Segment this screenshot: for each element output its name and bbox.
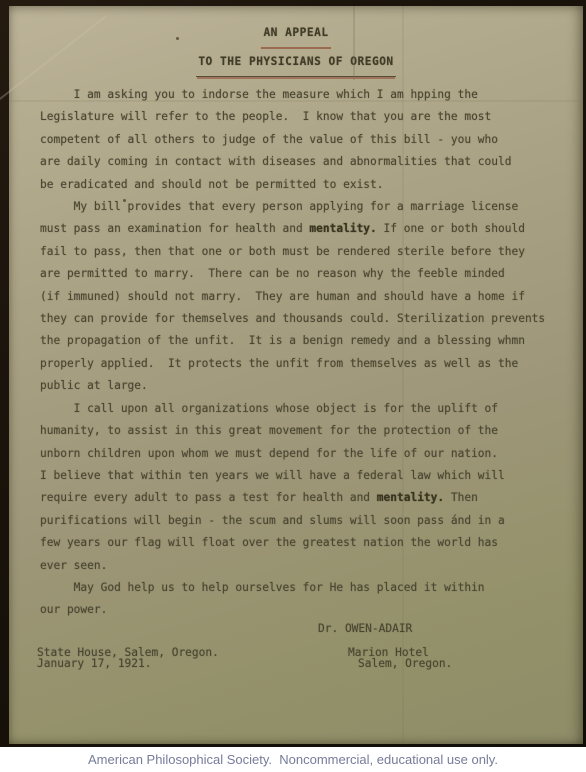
text-line: are permitted to marry. There can be no … bbox=[40, 263, 583, 285]
text-line: require every adult to pass a test for h… bbox=[40, 487, 583, 509]
title-text: AN APPEAL bbox=[261, 20, 330, 49]
text-line: purifications will begin - the scum and … bbox=[40, 510, 583, 532]
text-line: ever seen. bbox=[40, 555, 583, 577]
text-line: they can provide for themselves and thou… bbox=[40, 308, 583, 330]
document-page: AN APPEAL TO THE PHYSICIANS OF OREGON I … bbox=[9, 6, 583, 744]
credit-text: American Philosophical Society. Noncomme… bbox=[88, 752, 498, 767]
text-line: (if immuned) should not marry. They are … bbox=[40, 286, 583, 308]
text-line: unborn children upon whom we must depend… bbox=[40, 443, 583, 465]
text-line: I am asking you to indorse the measure w… bbox=[40, 84, 583, 106]
text-line: competent of all others to judge of the … bbox=[40, 129, 583, 151]
text-line: fail to pass, then that one or both must… bbox=[40, 241, 583, 263]
document-title-line1: AN APPEAL bbox=[9, 20, 583, 49]
document-header: AN APPEAL TO THE PHYSICIANS OF OREGON bbox=[9, 6, 583, 77]
credit-bar: American Philosophical Society. Noncomme… bbox=[0, 747, 586, 772]
document-title-line2: TO THE PHYSICIANS OF OREGON bbox=[9, 49, 583, 77]
text-line: few years our flag will float over the g… bbox=[40, 532, 583, 554]
text-line: Legislature will refer to the people. I … bbox=[40, 106, 583, 128]
text-line: My bill provides that every person apply… bbox=[40, 196, 583, 218]
ink-speck bbox=[176, 37, 179, 40]
text-line: May God help us to help ourselves for He… bbox=[40, 577, 583, 599]
text-line: our power. bbox=[40, 599, 583, 621]
scan-border: AN APPEAL TO THE PHYSICIANS OF OREGON I … bbox=[0, 0, 586, 747]
text-line: properly applied. It protects the unfit … bbox=[40, 353, 583, 375]
ink-speck bbox=[123, 199, 126, 202]
text-line: are daily coming in contact with disease… bbox=[40, 151, 583, 173]
text-line: humanity, to assist in this great moveme… bbox=[40, 420, 583, 442]
subtitle-text: TO THE PHYSICIANS OF OREGON bbox=[196, 49, 395, 77]
signature: Dr. OWEN-ADAIR bbox=[318, 622, 412, 636]
text-line: the propagation of the unfit. It is a be… bbox=[40, 330, 583, 352]
document-scan-viewer: AN APPEAL TO THE PHYSICIANS OF OREGON I … bbox=[0, 0, 586, 772]
footer-right-line2: Salem, Oregon. bbox=[358, 657, 452, 671]
text-line: I call upon all organizations whose obje… bbox=[40, 398, 583, 420]
text-line: I believe that within ten years we will … bbox=[40, 465, 583, 487]
footer-left-line2: January 17, 1921. bbox=[37, 657, 152, 671]
text-line: public at large. bbox=[40, 375, 583, 397]
document-body: I am asking you to indorse the measure w… bbox=[9, 84, 583, 622]
text-line: be eradicated and should not be permitte… bbox=[40, 174, 583, 196]
text-line: must pass an examination for health and … bbox=[40, 218, 583, 240]
